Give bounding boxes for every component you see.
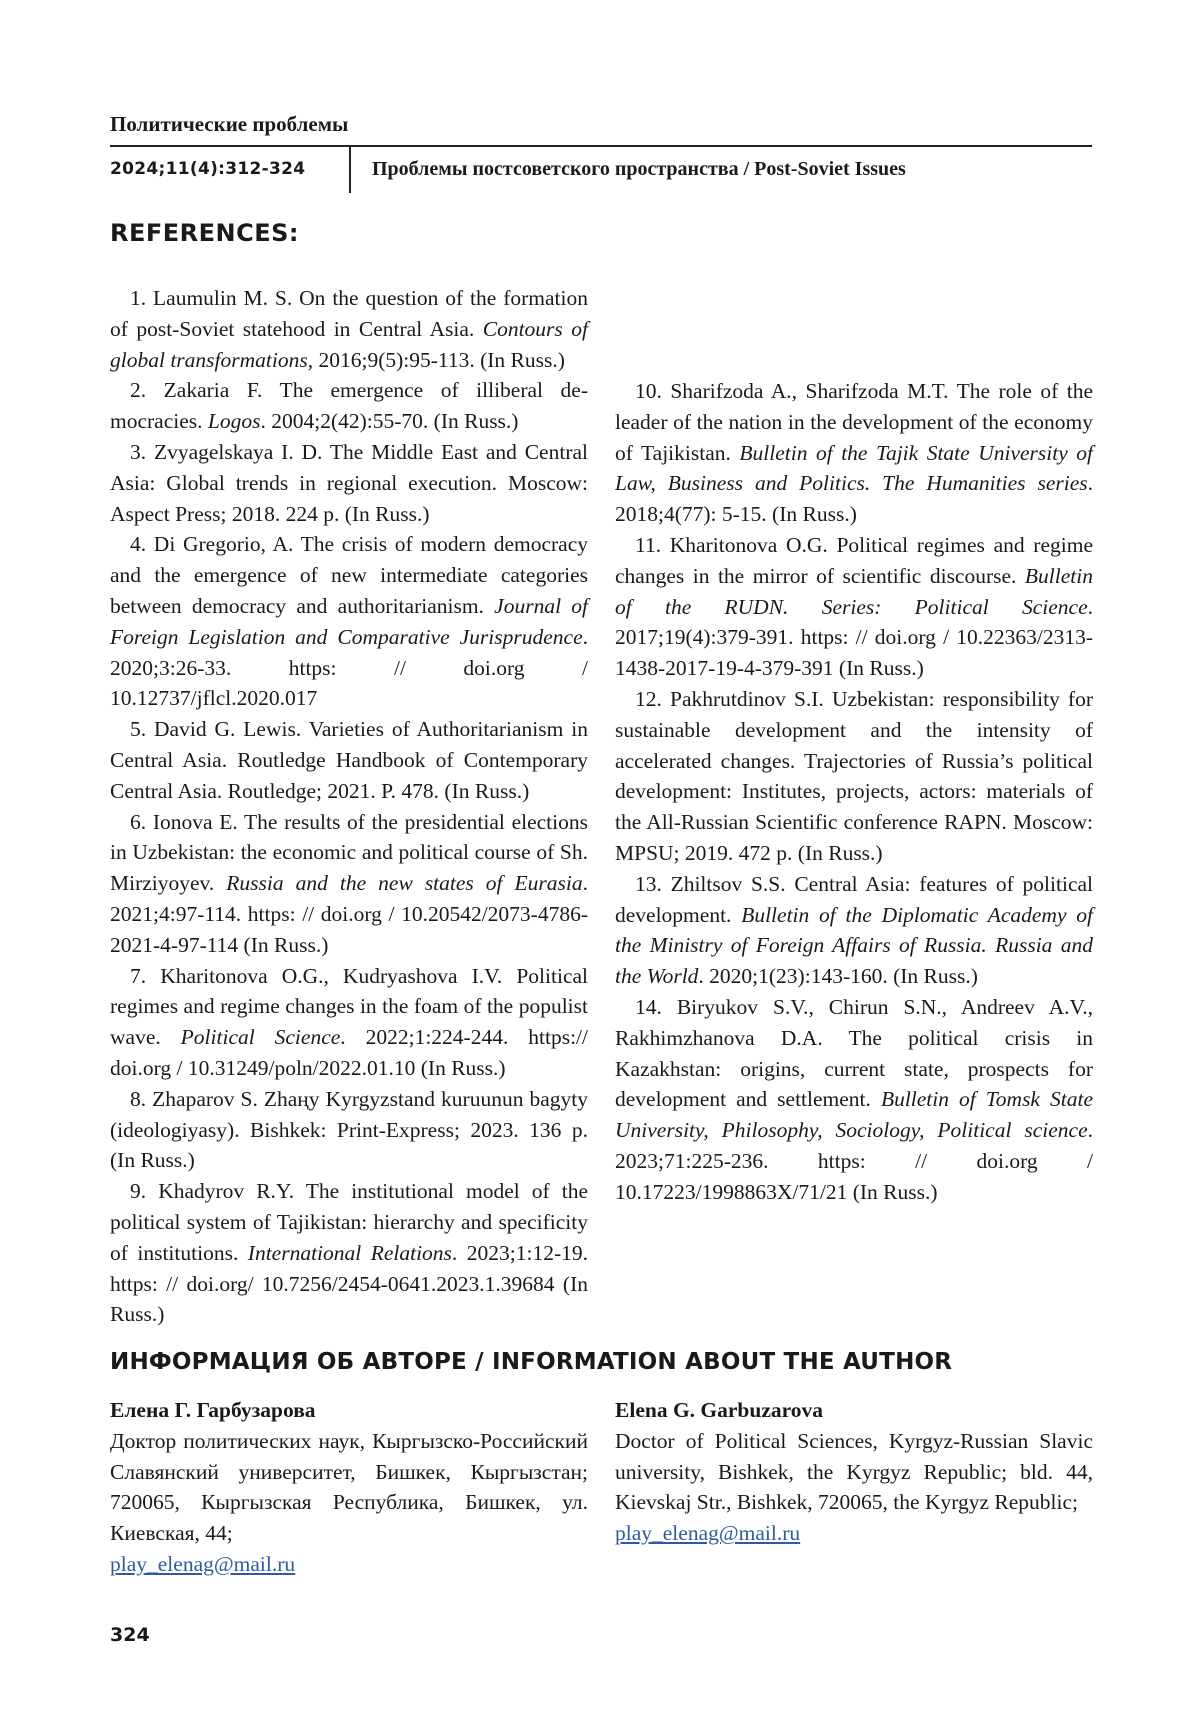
header-divider: [349, 147, 351, 193]
author-info-russian: Елена Г. Гарбузарова Доктор политических…: [110, 1395, 588, 1580]
reference-item: 8. Zhaparov S. Zhaңy Kyrgyzstand kuru­un…: [110, 1084, 588, 1176]
reference-item: 12. Pakhrutdinov S.I. Uzbekistan: respon…: [615, 684, 1093, 869]
reference-item: 14. Biryukov S.V., Chirun S.N., Andre­ev…: [615, 992, 1093, 1208]
author-info-heading: ИНФОРМАЦИЯ ОБ АВТОРЕ / INFORMATION ABOUT…: [110, 1349, 952, 1375]
journal-header: 2024;11(4):312-324 Проблемы постсоветско…: [110, 147, 1092, 193]
author-bio-en: Doctor of Political Sciences, Kyrgyz-Rus…: [615, 1429, 1093, 1515]
author-name-ru: Елена Г. Гарбузарова: [110, 1395, 588, 1426]
author-email-link-ru[interactable]: play_elenag@mail.ru: [110, 1549, 295, 1580]
reference-item: 11. Kharitonova O.G. Political regimes a…: [615, 530, 1093, 684]
reference-item: 13. Zhiltsov S.S. Central Asia: features…: [615, 869, 1093, 992]
page-number: 324: [110, 1624, 150, 1646]
reference-item: 5. David G. Lewis. Varieties of Authorit…: [110, 714, 588, 806]
reference-item: 6. Ionova E. The results of the presiden…: [110, 807, 588, 961]
reference-item: 7. Kharitonova O.G., Kudryashova I.V. Po…: [110, 961, 588, 1084]
reference-item: 9. Khadyrov R.Y. The institutional model…: [110, 1176, 588, 1330]
author-info-english: Elena G. Garbuzarova Doctor of Political…: [615, 1395, 1093, 1549]
reference-item: 2. Zakaria F. The emergence of illiberal…: [110, 375, 588, 437]
references-right-column: 10. Sharifzoda A., Sharifzoda M.T. The r…: [615, 376, 1093, 1208]
references-heading: REFERENCES:: [110, 219, 299, 247]
journal-name: Проблемы постсоветского пространства / P…: [372, 158, 906, 181]
reference-item: 3. Zvyagelskaya I. D. The Middle East an…: [110, 437, 588, 529]
running-title: Политические проблемы: [110, 112, 348, 137]
author-email-link-en[interactable]: play_elenag@mail.ru: [615, 1518, 800, 1549]
reference-item: 10. Sharifzoda A., Sharifzoda M.T. The r…: [615, 376, 1093, 530]
issue-citation: 2024;11(4):312-324: [110, 159, 305, 179]
reference-item: 1. Laumulin M. S. On the question of the…: [110, 283, 588, 375]
author-bio-ru: Доктор политических наук, Кыргыз­ско-Рос…: [110, 1429, 588, 1545]
author-name-en: Elena G. Garbuzarova: [615, 1395, 1093, 1426]
references-left-column: 1. Laumulin M. S. On the question of the…: [110, 283, 588, 1330]
reference-item: 4. Di Gregorio, A. The crisis of modern …: [110, 529, 588, 714]
